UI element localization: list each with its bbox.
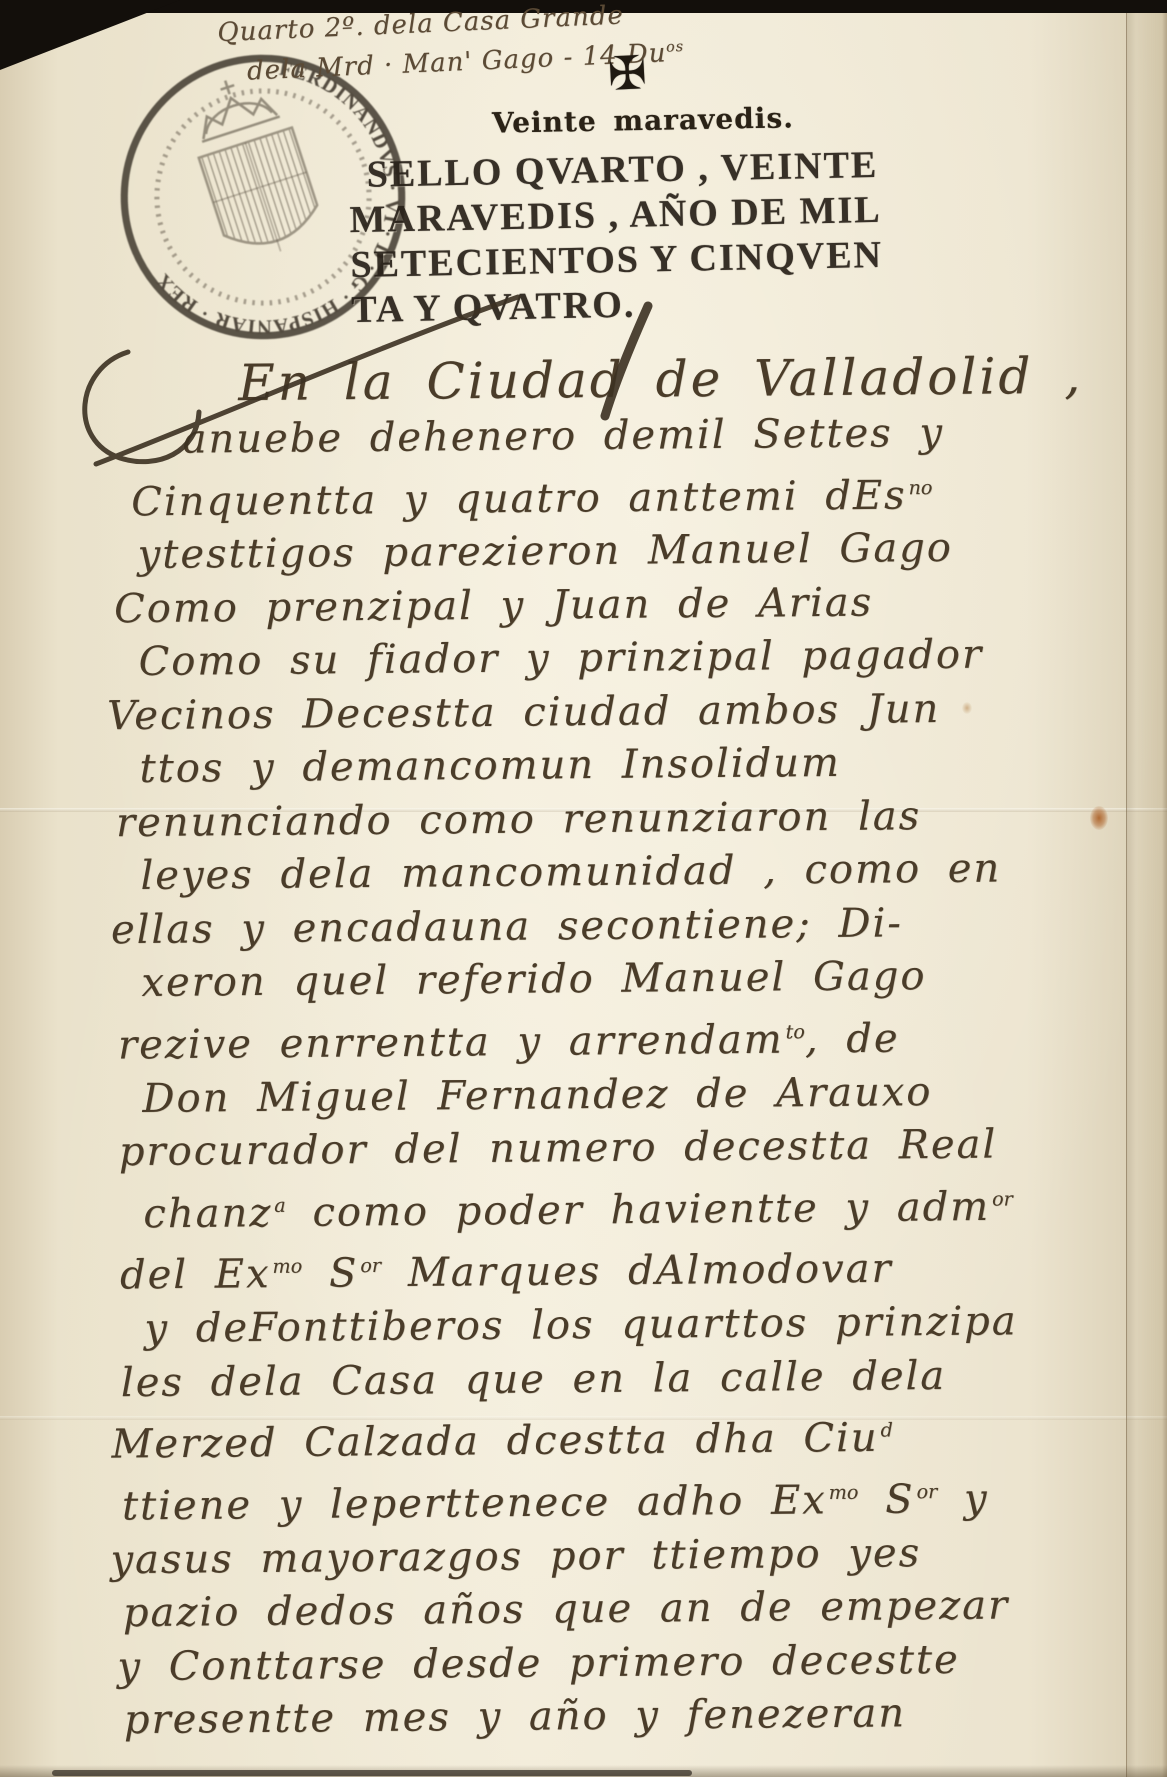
manuscript-line: rezive enrrentta y arrendamto, de bbox=[118, 1002, 1097, 1072]
manuscript-line: ttos y demancomun Insolidum bbox=[139, 735, 1093, 797]
manuscript-line: yasus mayorazgos por ttiempo yes bbox=[110, 1526, 1100, 1588]
manuscript-line: ytesttigos parezieron Manuel Gago bbox=[137, 521, 1091, 583]
manuscript-line: del Exmo Sor Marques dAlmodovar bbox=[120, 1233, 1099, 1303]
seal-title-line: TA Y QVATRO. bbox=[351, 278, 884, 333]
manuscript-line: Merzed Calzada dcestta dha Ciud bbox=[111, 1402, 1100, 1472]
tax-value-line: Veinte maravedis. bbox=[492, 101, 794, 139]
manuscript-line: Como su fiador y prinzipal pagador bbox=[138, 628, 1092, 690]
manuscript-body: En la Ciudad de Valladolid ,anuebe dehen… bbox=[90, 346, 1102, 1749]
manuscript-line: renunciando como renunziaron las bbox=[116, 788, 1094, 850]
manuscript-line: En la Ciudad de Valladolid , bbox=[238, 346, 1090, 413]
scan-edge-corner bbox=[0, 0, 180, 70]
manuscript-line: ellas y encadauna secontiene; Di- bbox=[111, 895, 1095, 957]
manuscript-line: chanza como poder havientte y admor bbox=[143, 1171, 1098, 1241]
manuscript-line: y deFonttiberos los quarttos prinzipa bbox=[144, 1295, 1098, 1357]
manuscript-line: presentte mes y año y fenezeran bbox=[124, 1686, 1102, 1748]
seal-title-block: SELLO QVARTO , VEINTE MARAVEDIS , AÑO DE… bbox=[348, 143, 884, 333]
paper-edge-bottom-left bbox=[52, 1770, 692, 1776]
manuscript-line: pazio dedos años que an de empezar bbox=[123, 1579, 1101, 1641]
manuscript-line: Como prenzipal y Juan de Arias bbox=[114, 574, 1092, 636]
manuscript-line: Don Miguel Fernandez de Arauxo bbox=[142, 1064, 1096, 1126]
manuscript-line: Cinquentta y quatro anttemi dEsno bbox=[131, 459, 1092, 529]
manuscript-page: Quarto 2º. dela Casa Grande dela Mrd · M… bbox=[0, 0, 1167, 1777]
maltese-cross-icon: ✠ bbox=[607, 45, 648, 101]
manuscript-line: y Conttarse desde primero decestte bbox=[117, 1633, 1101, 1695]
manuscript-line: xeron quel referido Manuel Gago bbox=[141, 949, 1095, 1011]
manuscript-line: ttiene y leperttenece adho Exmo Sor y bbox=[122, 1464, 1101, 1534]
manuscript-line: Vecinos Decestta ciudad ambos Jun bbox=[107, 681, 1093, 743]
manuscript-line: procurador del numero decestta Real bbox=[119, 1118, 1097, 1180]
manuscript-line: anuebe dehenero demil Settes y bbox=[182, 406, 1090, 467]
paper-edge-right bbox=[1126, 0, 1167, 1777]
manuscript-line: leyes dela mancomunidad , como en bbox=[140, 842, 1094, 904]
manuscript-line: les dela Casa que en la calle dela bbox=[121, 1348, 1099, 1410]
